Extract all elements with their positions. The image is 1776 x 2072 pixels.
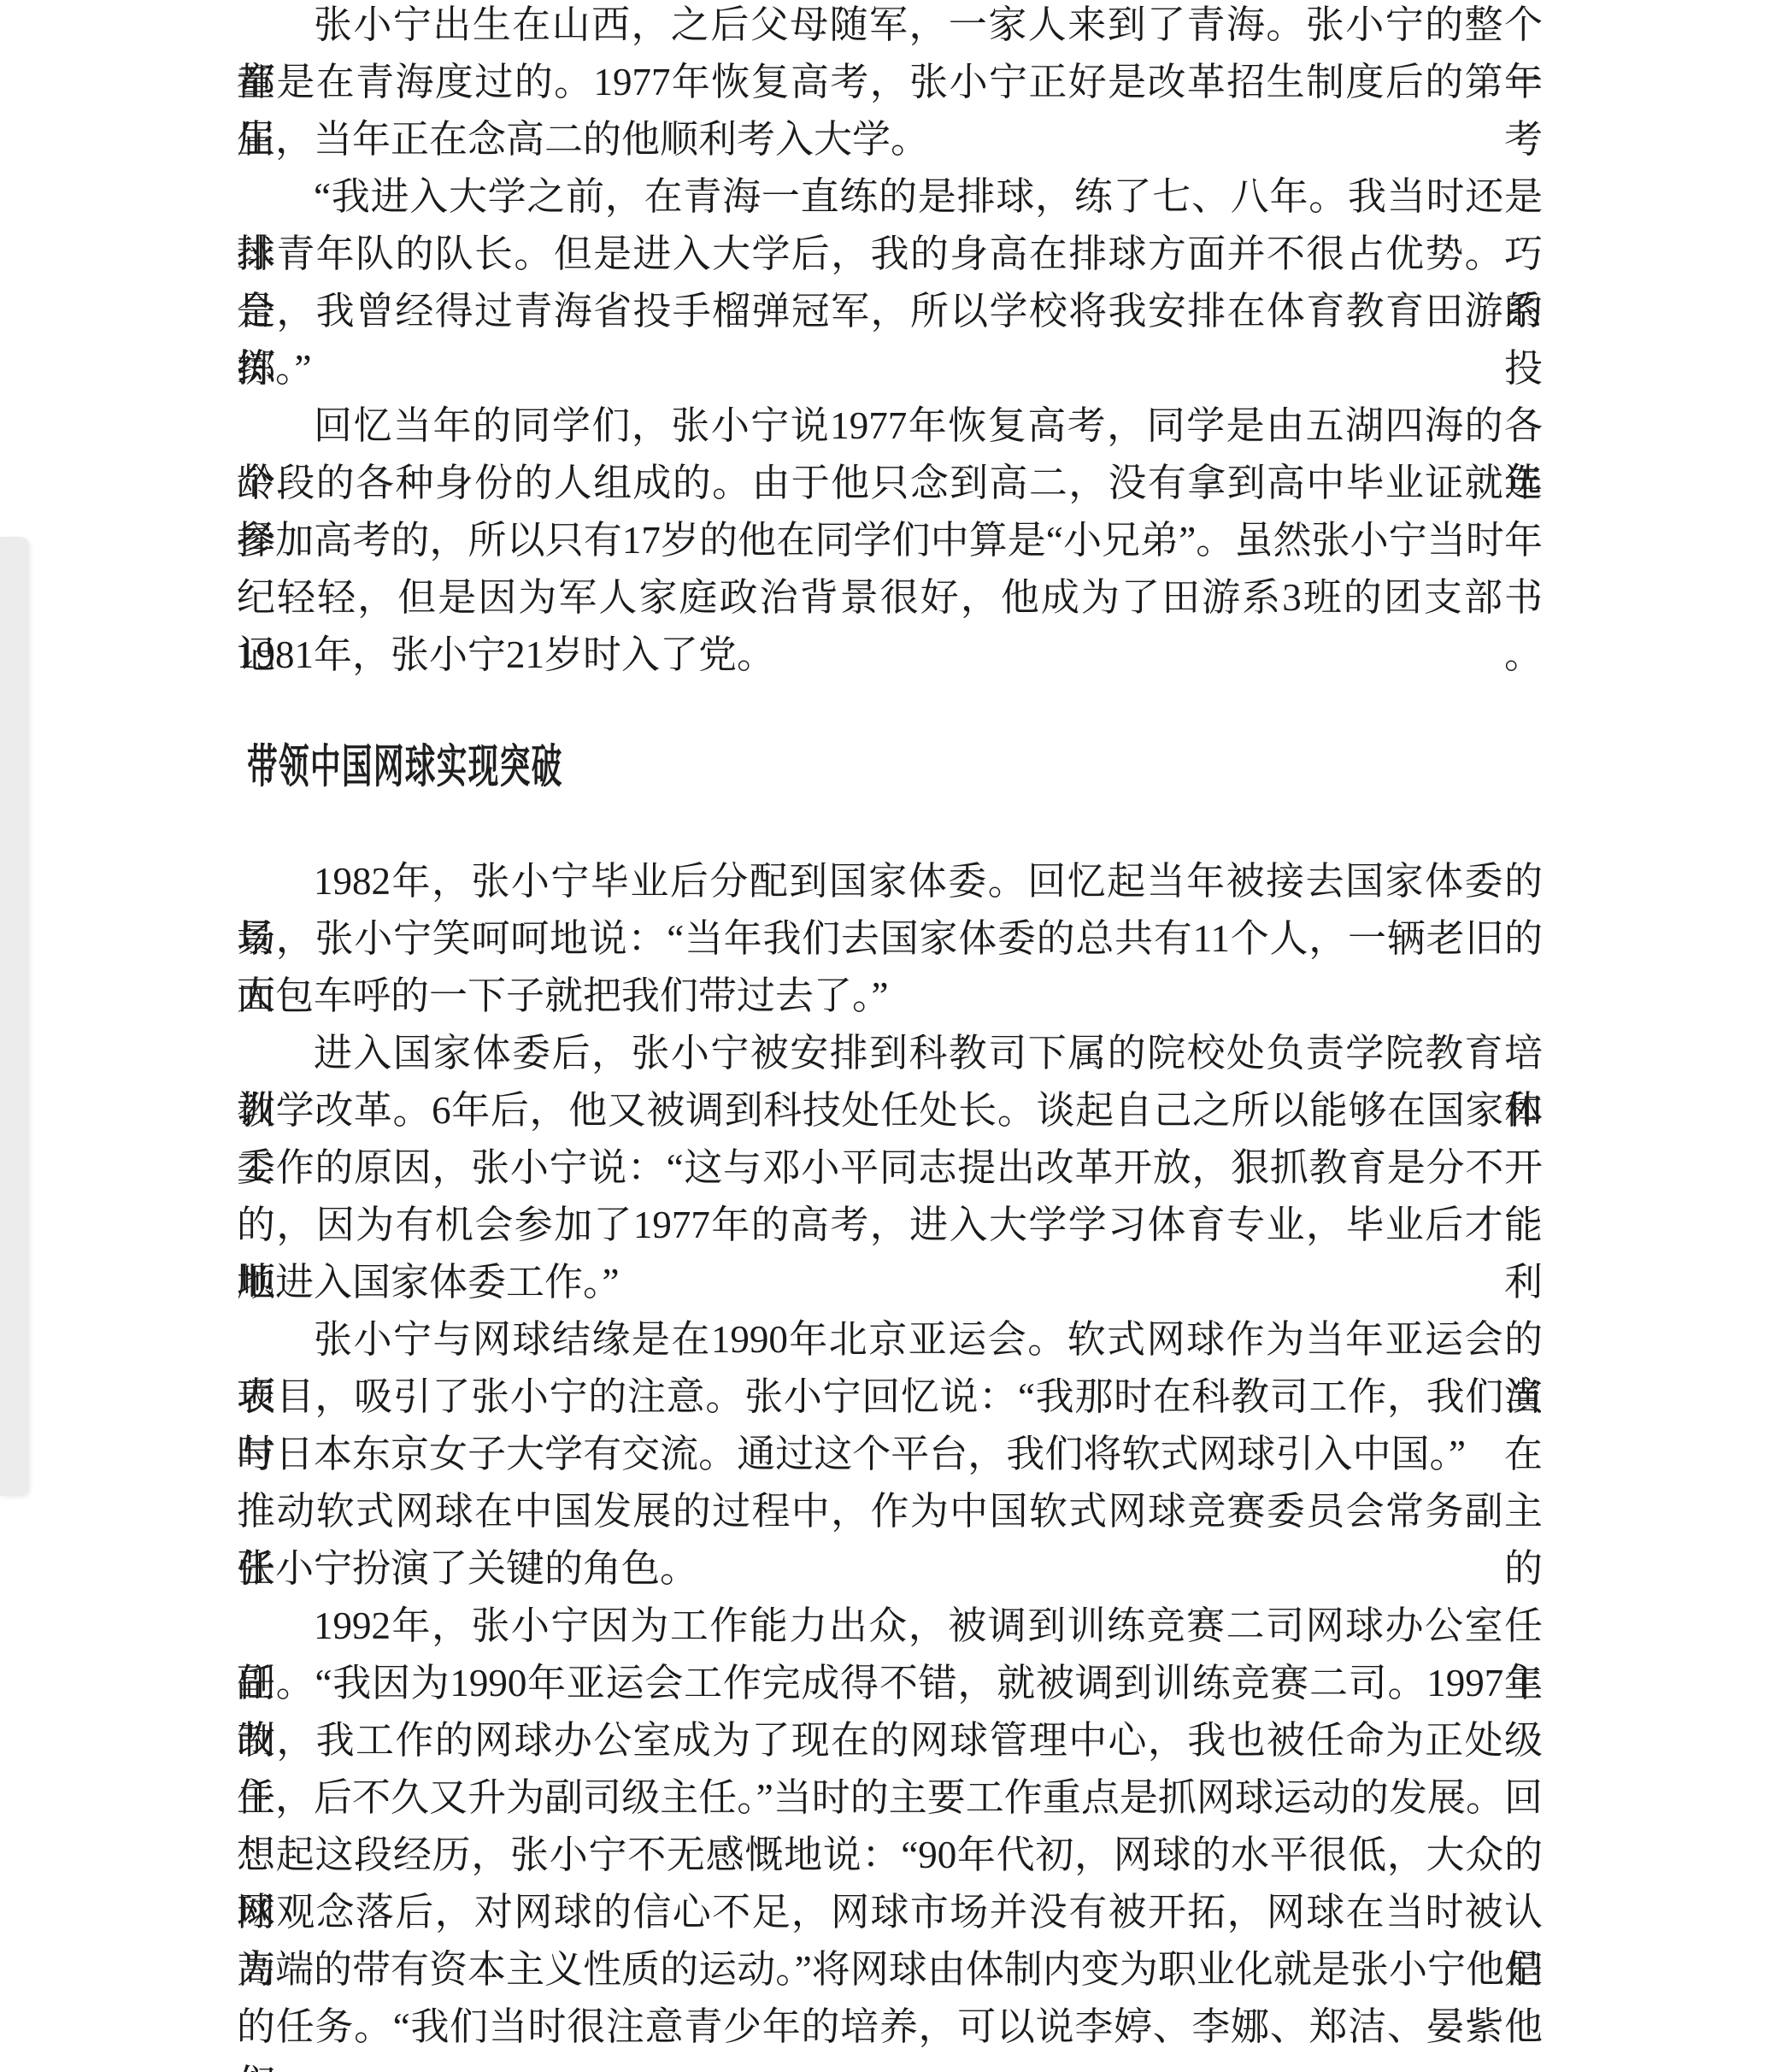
paragraph: 进入国家体委后，张小宁被安排到科教司下属的院校处负责学院教育培训和教学改革。6年… (237, 1025, 1543, 1311)
paragraph: 张小宁出生在山西，之后父母随军，一家人来到了青海。张小宁的整个童年都是在青海度过… (237, 0, 1543, 168)
paragraph: 回忆当年的同学们，张小宁说1977年恢复高考，同学是由五湖四海的各个年龄段的各种… (237, 397, 1543, 684)
text-line: 教学改革。6年后，他又被调到科技处任处长。谈起自己之所以能够在国家体委 (237, 1082, 1543, 1139)
text-line: 张小宁与网球结缘是在1990年北京亚运会。软式网球作为当年亚运会的表演 (237, 1311, 1543, 1369)
paragraph: 1992年，张小宁因为工作能力出众，被调到训练竞赛二司网球办公室任副主任。“我因… (237, 1598, 1543, 2056)
paragraph: “我进入大学之前，在青海一直练的是排球，练了七、八年。我当时还是排球青年队的队长… (237, 168, 1543, 397)
text-line: 的，因为有机会参加了1977年的高考，进入大学学习体育专业，毕业后才能顺利 (237, 1197, 1543, 1254)
left-page-edge-strip (0, 537, 29, 1496)
text-line: 工作的原因，张小宁说：“这与邓小平同志提出改革开放，狠抓教育是分不开 (237, 1139, 1543, 1197)
text-line: 1982年，张小宁毕业后分配到国家体委。回忆起当年被接去国家体委的场 (237, 853, 1543, 910)
section-heading: 带领中国网球实现突破 (247, 735, 1543, 798)
text-line: “我进入大学之前，在青海一直练的是排球，练了七、八年。我当时还是排 (237, 168, 1543, 226)
section-heading-text: 带领中国网球实现突破 (247, 735, 563, 798)
document-page: { "colors": { "text": "#1a1a1a", "page_b… (0, 0, 1776, 2072)
paragraph: 1982年，张小宁毕业后分配到国家体委。回忆起当年被接去国家体委的场景，张小宁笑… (237, 853, 1543, 1025)
article: 张小宁出生在山西，之后父母随军，一家人来到了青海。张小宁的整个童年都是在青海度过… (237, 0, 1543, 2056)
paragraph: 张小宁与网球结缘是在1990年北京亚运会。软式网球作为当年亚运会的表演项目，吸引… (237, 1311, 1543, 1598)
text-line: 任。“我因为1990年亚运会工作完成得不错，就被调到训练竞赛二司。1997年改 (237, 1655, 1543, 1712)
text-line: 是，我曾经得过青海省投手榴弹冠军，所以学校将我安排在体育教育田游系练投 (237, 283, 1543, 340)
text-line: 龄段的各种身份的人组成的。由于他只念到高二，没有拿到高中毕业证就选择 (237, 455, 1543, 512)
text-line: 都是在青海度过的。1977年恢复高考，张小宁正好是改革招生制度后的第一届考 (237, 54, 1543, 111)
text-line: 球青年队的队长。但是进入大学后，我的身高在排球方面并不很占优势。巧合的 (237, 226, 1543, 283)
text-line: 推动软式网球在中国发展的过程中，作为中国软式网球竞赛委员会常务副主任的 (237, 1483, 1543, 1540)
text-line: 回忆当年的同学们，张小宁说1977年恢复高考，同学是由五湖四海的各个年 (237, 397, 1543, 455)
text-line: 进入国家体委后，张小宁被安排到科教司下属的院校处负责学院教育培训和 (237, 1025, 1543, 1082)
text-line: 与日本东京女子大学有交流。通过这个平台，我们将软式网球引入中国。” 在 (237, 1426, 1543, 1483)
text-line: 的任务。“我们当时很注意青少年的培养，可以说李婷、李娜、郑洁、晏紫他们 (237, 1998, 1543, 2056)
text-line: 制，我工作的网球办公室成为了现在的网球管理中心，我也被任命为正处级主 (237, 1712, 1543, 1769)
text-line: 任，后不久又升为副司级主任。”当时的主要工作重点是抓网球运动的发展。回 (237, 1769, 1543, 1827)
text-line: 张小宁出生在山西，之后父母随军，一家人来到了青海。张小宁的整个童年 (237, 0, 1543, 54)
text-line: 项目，吸引了张小宁的注意。张小宁回忆说：“我那时在科教司工作，我们当时 (237, 1369, 1543, 1426)
text-line: 高端的带有资本主义性质的运动。”将网球由体制内变为职业化就是张小宁他们 (237, 1941, 1543, 1998)
text-line: 景，张小宁笑呵呵地说：“当年我们去国家体委的总共有11个人，一辆老旧的大 (237, 910, 1543, 968)
text-line: 纪轻轻，但是因为军人家庭政治背景很好，他成为了田游系3班的团支部书记。 (237, 569, 1543, 627)
text-line: 1992年，张小宁因为工作能力出众，被调到训练竞赛二司网球办公室任副主 (237, 1598, 1543, 1655)
text-line: 面包车呼的一下子就把我们带过去了。” (237, 968, 1543, 1025)
text-line: 参加高考的，所以只有17岁的他在同学们中算是“小兄弟”。虽然张小宁当时年 (237, 512, 1543, 569)
text-line: 球观念落后，对网球的信心不足，网球市场并没有被开拓，网球在当时被认为是 (237, 1884, 1543, 1941)
text-line: 想起这段经历，张小宁不无感慨地说：“90年代初，网球的水平很低，大众的网 (237, 1827, 1543, 1884)
